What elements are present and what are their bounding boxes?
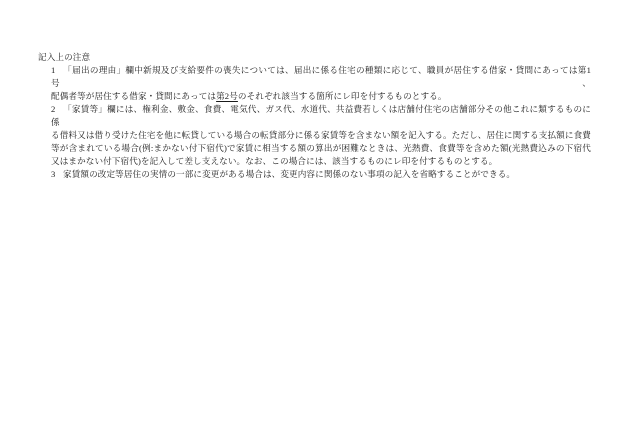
note-line: 等が含まれている場合(例:まかない付下宿代)で家賃に相当する額の算出が困難なとき…: [51, 142, 591, 155]
note-text: 「家賃等」欄には、権利金、敷金、食費、電気代、ガス代、水道代、共益費若しくは店舗…: [51, 104, 591, 127]
note-item-2: 2「家賃等」欄には、権利金、敷金、食費、電気代、ガス代、水道代、共益費若しくは店…: [51, 103, 591, 168]
notes-section: 記入上の注意 1「届出の理由」欄中新規及び支給要件の喪失については、届出に係る住…: [38, 51, 591, 181]
item-number: 3: [51, 168, 63, 181]
note-text: 家賃額の改定等居住の実情の一部に変更がある場合は、変更内容に関係のない事項の記入…: [63, 169, 515, 179]
note-text: る借料又は借り受けた住宅を他に転貸している場合の転貸部分に係る家賃等を含まない額…: [51, 130, 591, 140]
note-line: 2「家賃等」欄には、権利金、敷金、食費、電気代、ガス代、水道代、共益費若しくは店…: [51, 103, 591, 129]
note-line: 配偶者等が居住する借家・貸間にあっては第2号のそれぞれ該当する箇所にレ印を付する…: [51, 90, 591, 103]
note-item-3: 3家賃額の改定等居住の実情の一部に変更がある場合は、変更内容に関係のない事項の記…: [51, 168, 591, 181]
underlined-text: 第2号: [216, 91, 238, 101]
note-text: 「届出の理由」欄中新規及び支給要件の喪失については、届出に係る住宅の種類に応じて…: [51, 65, 591, 88]
document-page: 記入上の注意 1「届出の理由」欄中新規及び支給要件の喪失については、届出に係る住…: [0, 0, 630, 439]
notes-heading: 記入上の注意: [38, 51, 591, 64]
note-text: のそれぞれ該当する箇所にレ印を付するものとする。: [238, 91, 447, 101]
note-text: 配偶者等が居住する借家・貸間にあっては: [51, 91, 216, 101]
note-line: 3家賃額の改定等居住の実情の一部に変更がある場合は、変更内容に関係のない事項の記…: [51, 168, 591, 181]
item-number: 1: [51, 64, 63, 77]
note-text: 等が含まれている場合(例:まかない付下宿代)で家賃に相当する額の算出が困難なとき…: [51, 143, 591, 153]
note-item-1: 1「届出の理由」欄中新規及び支給要件の喪失については、届出に係る住宅の種類に応じ…: [51, 64, 591, 103]
note-text: 又はまかない付下宿代)を記入して差し支えない。なお、この場合には、該当するものに…: [51, 156, 497, 166]
item-number: 2: [51, 103, 63, 116]
note-line: 又はまかない付下宿代)を記入して差し支えない。なお、この場合には、該当するものに…: [51, 155, 591, 168]
note-line: 1「届出の理由」欄中新規及び支給要件の喪失については、届出に係る住宅の種類に応じ…: [51, 64, 591, 90]
note-line: る借料又は借り受けた住宅を他に転貸している場合の転貸部分に係る家賃等を含まない額…: [51, 129, 591, 142]
